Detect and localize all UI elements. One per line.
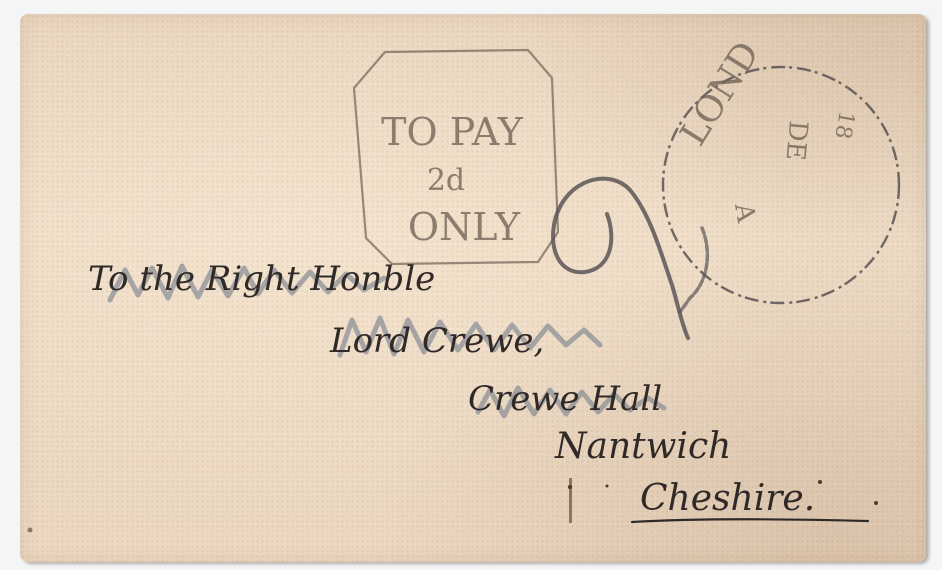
address-line-2: Lord Crewe, bbox=[329, 321, 544, 361]
underline bbox=[632, 519, 868, 522]
manuscript-charge-value: 2 bbox=[0, 0, 1, 1]
address-line-5: Cheshire. bbox=[640, 478, 815, 519]
cover-markings: TO PAY 2d ONLY LOND DE A 18 2 To the Rig… bbox=[0, 0, 942, 570]
address-line-3: Crewe Hall bbox=[468, 379, 662, 419]
amount-text: 2d bbox=[427, 163, 465, 198]
datestamp-month: DE bbox=[780, 119, 813, 161]
to-pay-handstamp: TO PAY 2d ONLY bbox=[354, 50, 558, 264]
london-datestamp: LOND DE A 18 bbox=[663, 35, 899, 303]
to-pay-text: TO PAY bbox=[381, 110, 524, 154]
address-line-4: Nantwich bbox=[554, 426, 731, 467]
datestamp-year: 18 bbox=[829, 109, 858, 141]
datestamp-letter: A bbox=[728, 200, 761, 226]
only-text: ONLY bbox=[408, 205, 521, 249]
address-line-1: To the Right Honble bbox=[88, 259, 435, 299]
datestamp-arc-text: LOND bbox=[673, 35, 768, 153]
